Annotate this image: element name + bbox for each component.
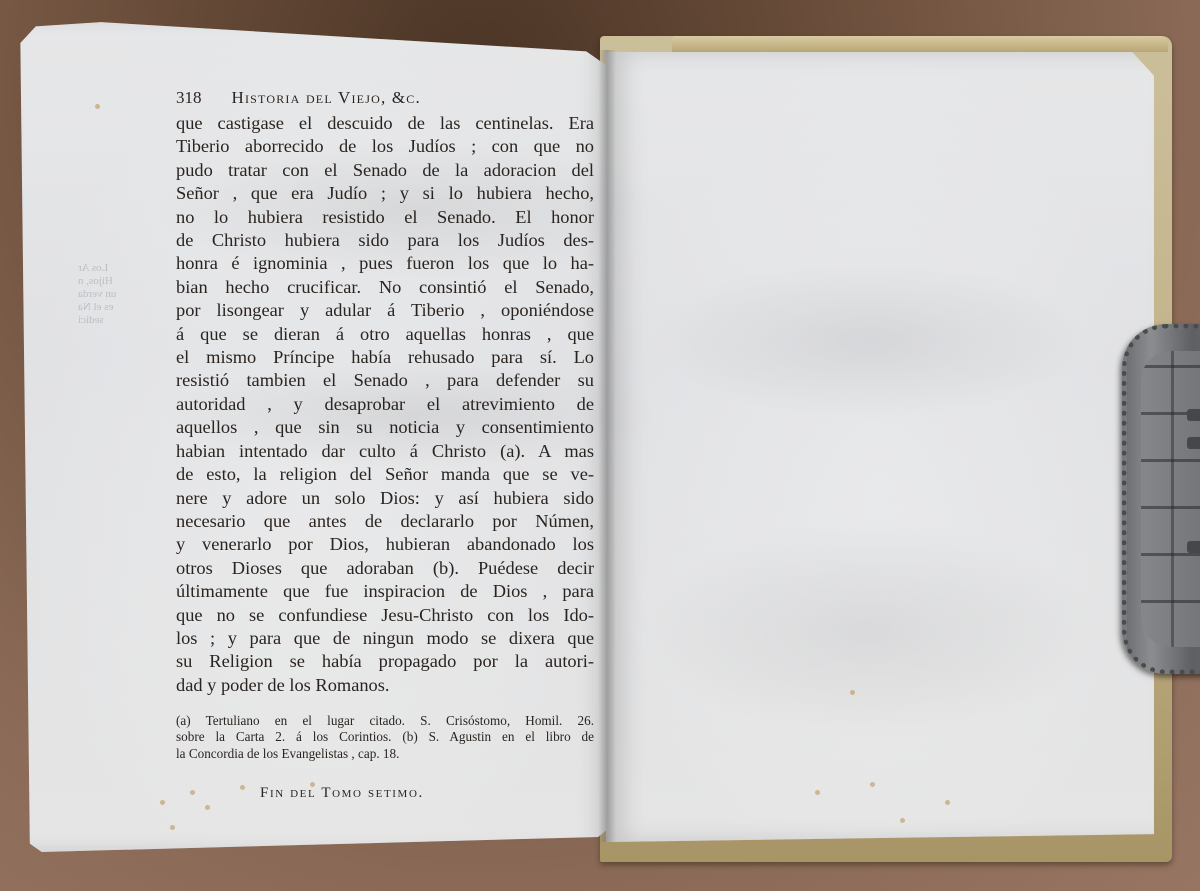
- text-line: resistió tambien el Senado , para defend…: [176, 369, 594, 392]
- foxing-spot: [160, 800, 165, 805]
- clasp-relief: [1187, 437, 1200, 449]
- text-line: los ; y para que de ningun modo se dixer…: [176, 627, 594, 650]
- foxing-spot: [170, 825, 175, 830]
- photo-scene: Los Ar Hijos, n un verda es el Na sedici…: [0, 0, 1200, 891]
- footnote-line: sobre la Carta 2. á los Corintios. (b) S…: [176, 729, 594, 745]
- text-line: Tiberio aborrecido de los Judíos ; con q…: [176, 135, 594, 158]
- book-gutter: [598, 50, 616, 842]
- text-line: el mismo Príncipe había rehusado para sí…: [176, 346, 594, 369]
- foxing-spot: [205, 805, 210, 810]
- text-line: dad y poder de los Romanos.: [176, 674, 594, 697]
- footnotes: (a) Tertuliano en el lugar citado. S. Cr…: [176, 713, 594, 762]
- text-line: y venerarlo por Dios, hubieran abandonad…: [176, 533, 594, 556]
- foxing-spot: [95, 104, 100, 109]
- vellum-cover-top-edge: [672, 36, 1168, 52]
- text-line: necesario que antes de declararlo por Nú…: [176, 510, 594, 533]
- foxing-spot: [945, 800, 950, 805]
- text-line: no lo hubiera resistido el Senado. El ho…: [176, 206, 594, 229]
- text-line: bian hecho crucificar. No consintió el S…: [176, 276, 594, 299]
- clasp-engraving: [1141, 351, 1200, 647]
- right-page-blank: [606, 52, 1154, 842]
- text-line: autoridad , y desaprobar el atrevimiento…: [176, 393, 594, 416]
- text-line: honra é ignominia , pues fueron los que …: [176, 252, 594, 275]
- foxing-spot: [870, 782, 875, 787]
- text-line: por lisongear y adular á Tiberio , oponi…: [176, 299, 594, 322]
- text-line: de esto, la religion del Señor manda que…: [176, 463, 594, 486]
- footnote-line: (a) Tertuliano en el lugar citado. S. Cr…: [176, 713, 594, 729]
- text-line: á que se dieran á otro aquellas honras ,…: [176, 323, 594, 346]
- text-line: aquellos , que sin su noticia y consenti…: [176, 416, 594, 439]
- text-line: Señor , que era Judío ; y si lo hubiera …: [176, 182, 594, 205]
- bleed-through-text: Los Ar Hijos, n un verda es el Na sedici: [78, 262, 174, 327]
- footnote-line: la Concordia de los Evangelistas , cap. …: [176, 746, 594, 762]
- running-title: Historia del Viejo, &c.: [232, 88, 421, 108]
- foxing-spot: [900, 818, 905, 823]
- foxing-spot: [815, 790, 820, 795]
- text-line: nere y adore un solo Dios: y así hubiera…: [176, 487, 594, 510]
- foxing-spot: [850, 690, 855, 695]
- text-line: habian intentado dar culto á Christo (a)…: [176, 440, 594, 463]
- text-line: que castigase el descuido de las centine…: [176, 112, 594, 135]
- text-line: últimamente que fue inspiracion de Dios …: [176, 580, 594, 603]
- body-text: que castigase el descuido de las centine…: [176, 112, 594, 697]
- text-line: que no se confundiese Jesu-Christo con l…: [176, 604, 594, 627]
- clasp-relief: [1187, 409, 1200, 421]
- text-line: otros Dioses que adoraban (b). Puédese d…: [176, 557, 594, 580]
- running-head: 318 Historia del Viejo, &c.: [176, 88, 594, 108]
- colophon: Fin del Tomo setimo.: [260, 785, 594, 802]
- page-number: 318: [176, 88, 202, 108]
- text-line: su Religion se había propagado por la au…: [176, 650, 594, 673]
- printed-text-block: 318 Historia del Viejo, &c. que castigas…: [176, 88, 594, 802]
- metal-clasp-icon: [1122, 324, 1200, 674]
- text-line: de Christo hubiera sido para los Judíos …: [176, 229, 594, 252]
- text-line: pudo tratar con el Senado de la adoracio…: [176, 159, 594, 182]
- clasp-relief: [1187, 541, 1200, 553]
